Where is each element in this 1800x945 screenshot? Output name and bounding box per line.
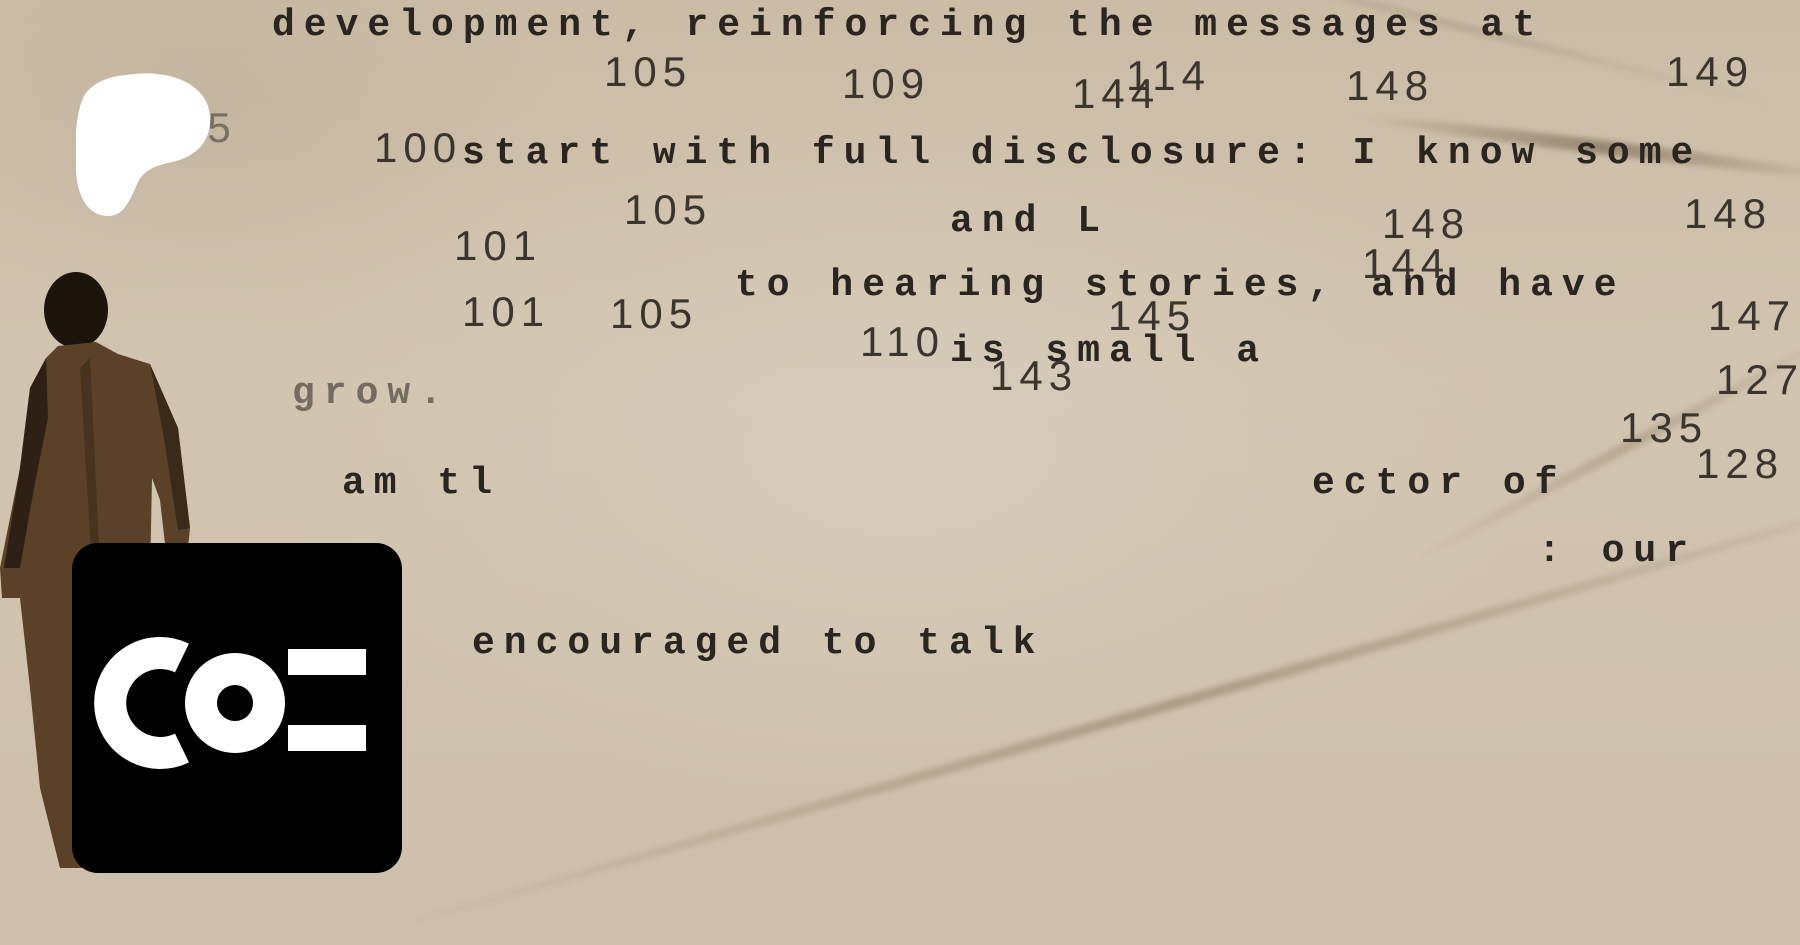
stamped-number: 105 xyxy=(624,186,712,234)
stamped-number: 109 xyxy=(842,60,930,108)
typed-line: am tl xyxy=(342,462,501,505)
stamped-number: 127 xyxy=(1716,356,1800,404)
stamped-number: 143 xyxy=(990,352,1078,400)
patreon-icon[interactable] xyxy=(76,72,212,217)
coe-logo xyxy=(72,543,402,873)
stamped-number: 101 xyxy=(462,288,550,336)
stamped-number: 100 xyxy=(374,124,462,172)
stamped-number: 145 xyxy=(1108,292,1196,340)
typed-line: development, reinforcing the messages at xyxy=(272,4,1544,47)
stamped-number: 148 xyxy=(1346,62,1434,110)
stamped-number: 128 xyxy=(1696,440,1784,488)
typed-line: start with full disclosure: I know some xyxy=(462,132,1702,175)
stamped-number: 105 xyxy=(610,290,698,338)
stamped-number: 110 xyxy=(860,318,945,366)
stamped-number: 149 xyxy=(1666,48,1754,96)
stamped-number: 101 xyxy=(454,222,542,270)
coe-logo-badge[interactable] xyxy=(72,543,402,873)
stamped-number: 148 xyxy=(1684,190,1772,238)
typed-line: and L xyxy=(950,200,1109,243)
typed-line: : our xyxy=(1538,530,1697,573)
stamped-number: 114 xyxy=(1126,52,1211,100)
typed-line: ector of xyxy=(1312,462,1566,505)
stamped-number: 147 xyxy=(1708,292,1796,340)
stamped-number: 105 xyxy=(604,48,692,96)
typed-line: grow. xyxy=(292,372,451,415)
stamped-number: 135 xyxy=(1620,404,1708,452)
stamped-number: 144 xyxy=(1362,240,1450,288)
typed-line: encouraged to talk xyxy=(472,622,1044,665)
